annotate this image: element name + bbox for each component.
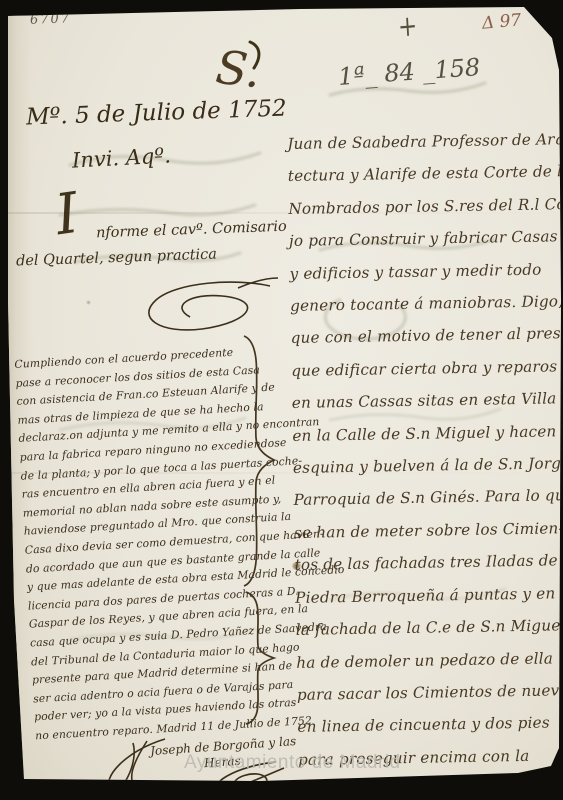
manuscript-page: 6707 S. + Δ 97 1ª_ 84 _158 Mº. 5 de Juli… <box>0 0 563 800</box>
petition-line: esquina y buelven á la de S.n Jorge, <box>293 447 563 485</box>
petition-line: Nombrados por los S.res del R.l Conse- <box>288 187 563 225</box>
archive-watermark: Ayuntamiento de Madrid <box>184 752 401 774</box>
petition-line: para sacar los Cimientos de nuevo <box>297 673 563 711</box>
petition-line: Juan de Saabedra Professor de Arqui- <box>287 123 563 161</box>
petition-line: tectura y Alarife de esta Corte de los <box>288 155 563 193</box>
petition-line: Parroquia de S.n Ginés. Para lo qual <box>293 479 563 517</box>
corner-classmark: Δ 97 <box>481 10 522 33</box>
order-rubric-flourish <box>118 276 283 338</box>
petition-line: la fachada de la C.e de S.n Miguel se <box>295 609 563 647</box>
petition-line: en linea de cincuenta y dos pies <box>297 706 563 744</box>
petition-line: en unas Cassas sitas en esta Villa <box>292 382 563 420</box>
petition-line: que con el motivo de tener al presente <box>290 317 563 355</box>
petition-line: que edificar cierta obra y reparos <box>291 349 563 387</box>
cross-mark: + <box>397 10 418 44</box>
petition-line: se han de meter sobre los Cimien- <box>294 511 563 549</box>
petition-line: Piedra Berroqueña á puntas y en <box>295 576 563 614</box>
petition-line: jo para Construir y fabricar Casas <box>289 220 563 258</box>
scan-background: 6707 S. + Δ 97 1ª_ 84 _158 Mº. 5 de Juli… <box>0 0 563 800</box>
archive-number: 6707 <box>30 11 72 27</box>
petition-line: genero tocante á maniobras. Digo, <box>290 285 563 323</box>
report-brace-upper <box>238 334 280 588</box>
petition-line: y edificios y tassar y medir todo <box>289 252 563 290</box>
header-sign-flourish <box>246 40 266 70</box>
petition-line: ha de demoler un pedazo de ella <box>296 641 563 679</box>
petition-text-block: Juan de Saabedra Professor de Arqui-tect… <box>287 123 563 776</box>
report-brace-lower <box>240 590 282 726</box>
petition-line: tos de las fachadas tres Iladas de <box>294 544 563 582</box>
petition-line: en la Calle de S.n Miguel y hacen <box>292 414 563 452</box>
